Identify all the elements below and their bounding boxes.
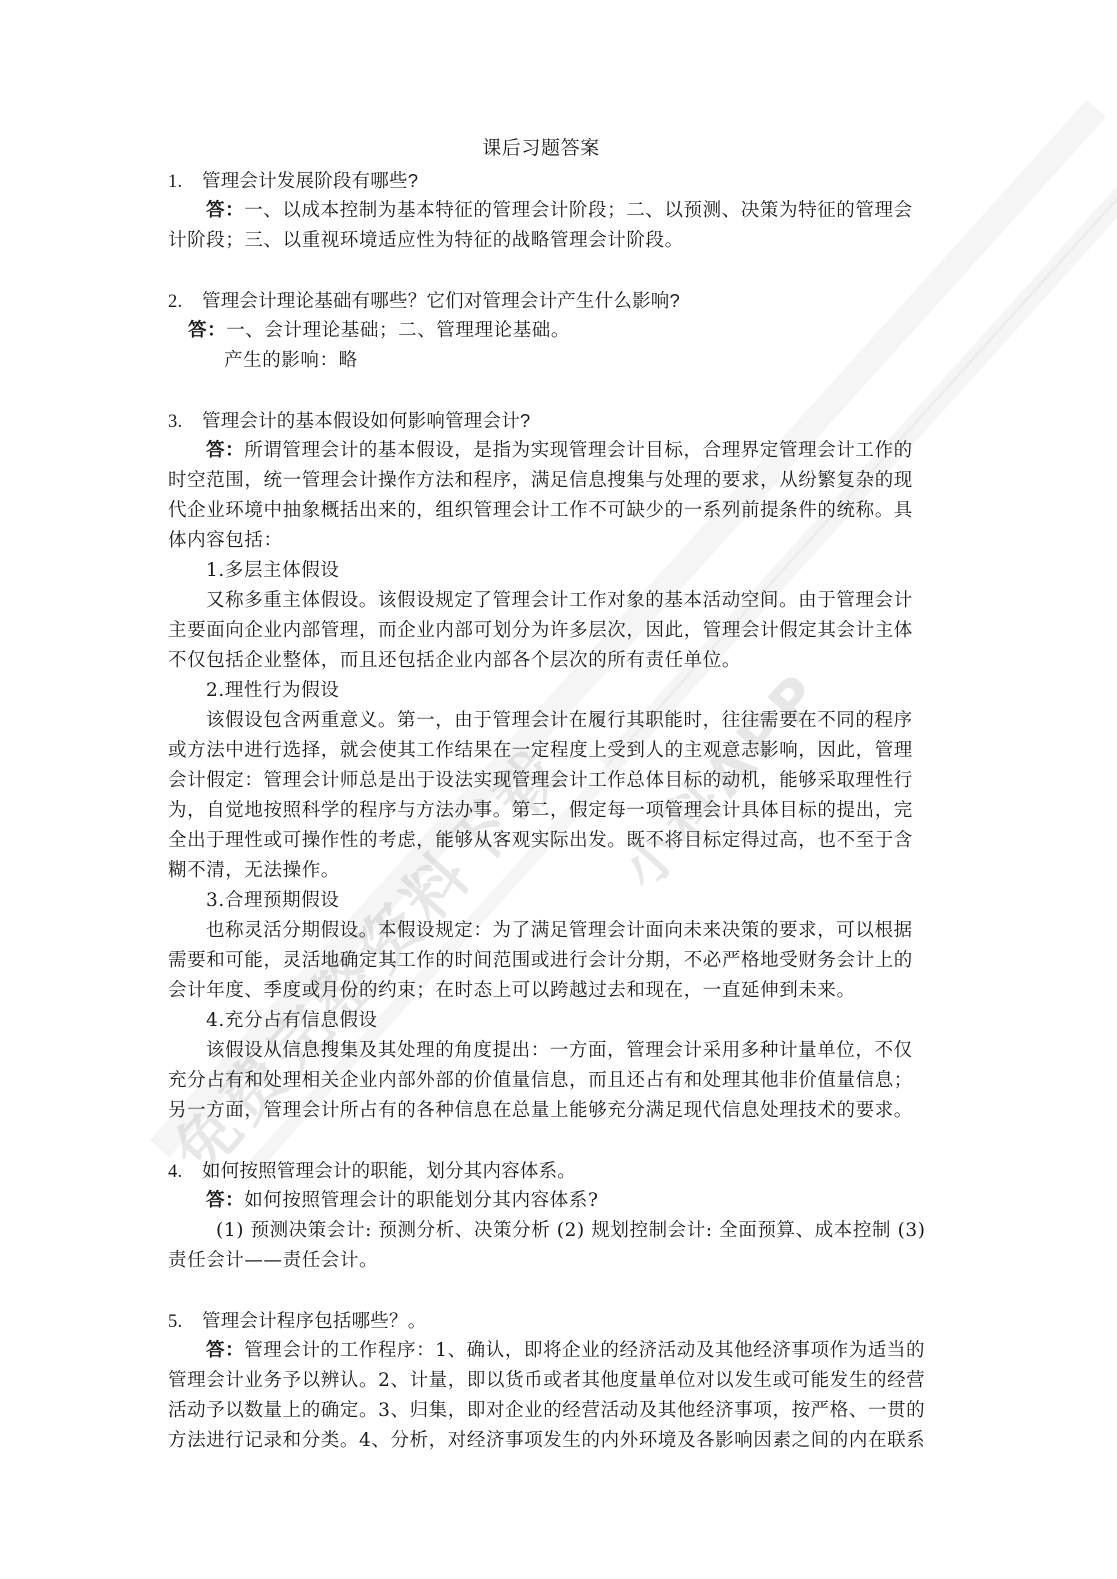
answer-4-line-1: 答：如何按照管理会计的职能划分其内容体系? bbox=[168, 1186, 934, 1216]
subsection-2-line: 为，自觉地按照科学的程序与方法办事。第二，假定每一项管理会计具体目标的提出，完 bbox=[168, 796, 934, 826]
answer-2-line-2: 产生的影响：略 bbox=[168, 346, 934, 376]
question-text: 管理会计程序包括哪些？。 bbox=[202, 1310, 426, 1331]
document-page: 免费完整资料下载 小科APP 课后习题答案 1.管理会计发展阶段有哪些? 答：一… bbox=[0, 0, 1117, 1579]
answer-3-line-4: 体内容包括： bbox=[168, 526, 934, 556]
answer-4-line-3: 责任会计——责任会计。 bbox=[168, 1246, 934, 1276]
answer-1-line-2: 计阶段；三、以重视环境适应性为特征的战略管理会计阶段。 bbox=[168, 226, 934, 256]
subsection-heading-1: 1.多层主体假设 bbox=[168, 556, 934, 586]
answer-1-line-1: 答：一、以成本控制为基本特征的管理会计阶段；二、以预测、决策为特征的管理会 bbox=[168, 196, 934, 226]
answer-3-line-3: 代企业环境中抽象概括出来的，组织管理会计工作不可缺少的一系列前提条件的统称。具 bbox=[168, 496, 934, 526]
subsection-1-line: 不仅包括企业整体，而且还包括企业内部各个层次的所有责任单位。 bbox=[168, 646, 934, 676]
question-text: 如何按照管理会计的职能，划分其内容体系。 bbox=[202, 1160, 576, 1181]
subsection-heading-4: 4.充分占有信息假设 bbox=[168, 1006, 934, 1036]
question-text: 管理会计的基本假设如何影响管理会计? bbox=[202, 410, 530, 431]
answer-label: 答： bbox=[206, 200, 244, 221]
answer-5-line-2: 管理会计业务予以辨认。2、计量，即以货币或者其他度量单位对以发生或可能发生的经营 bbox=[168, 1366, 934, 1396]
answer-label: 答： bbox=[188, 320, 226, 341]
page-title: 课后习题答案 bbox=[148, 130, 934, 166]
question-5: 5.管理会计程序包括哪些？。 bbox=[168, 1306, 934, 1336]
answer-5-line-1: 答：管理会计的工作程序：1、确认，即将企业的经济活动及其他经济事项作为适当的 bbox=[168, 1336, 934, 1366]
subsection-3-line: 会计年度、季度或月份的约束；在时态上可以跨越过去和现在，一直延伸到未来。 bbox=[168, 976, 934, 1006]
answer-2-line-1: 答：一、会计理论基础；二、管理理论基础。 bbox=[168, 316, 934, 346]
question-4: 4.如何按照管理会计的职能，划分其内容体系。 bbox=[168, 1156, 934, 1186]
subsection-3-line: 也称灵活分期假设。本假设规定：为了满足管理会计面向未来决策的要求，可以根据 bbox=[168, 916, 934, 946]
question-3: 3.管理会计的基本假设如何影响管理会计? bbox=[168, 406, 934, 436]
answer-5-line-4: 方法进行记录和分类。4、分析，对经济事项发生的内外环境及各影响因素之间的内在联系 bbox=[168, 1426, 934, 1456]
subsection-2-line: 糊不清，无法操作。 bbox=[168, 856, 934, 886]
subsection-heading-3: 3.合理预期假设 bbox=[168, 886, 934, 916]
answer-label: 答： bbox=[206, 1340, 244, 1361]
subsection-1-line: 主要面向企业内部管理，而企业内部可划分为许多层次，因此，管理会计假定其会计主体 bbox=[168, 616, 934, 646]
subsection-heading-2: 2.理性行为假设 bbox=[168, 676, 934, 706]
document-content: 课后习题答案 1.管理会计发展阶段有哪些? 答：一、以成本控制为基本特征的管理会… bbox=[168, 130, 934, 1456]
subsection-4-line: 充分占有和处理相关企业内部外部的价值量信息，而且还占有和处理其他非价值量信息； bbox=[168, 1066, 934, 1096]
answer-4-line-2: (1) 预测决策会计: 预测分析、决策分析 (2) 规划控制会计: 全面预算、成… bbox=[168, 1216, 934, 1246]
answer-3-line-2: 时空范围，统一管理会计操作方法和程序，满足信息搜集与处理的要求，从纷繁复杂的现 bbox=[168, 466, 934, 496]
answer-3-line-1: 答：所谓管理会计的基本假设，是指为实现管理会计目标，合理界定管理会计工作的 bbox=[168, 436, 934, 466]
answer-5-line-3: 活动予以数量上的确定。3、归集，即对企业的经营活动及其他经济事项，按严格、一贯的 bbox=[168, 1396, 934, 1426]
subsection-1-line: 又称多重主体假设。该假设规定了管理会计工作对象的基本活动空间。由于管理会计 bbox=[168, 586, 934, 616]
subsection-2-line: 全出于理性或可操作性的考虑，能够从客观实际出发。既不将目标定得过高，也不至于含 bbox=[168, 826, 934, 856]
question-1: 1.管理会计发展阶段有哪些? bbox=[168, 166, 934, 196]
answer-label: 答： bbox=[206, 1190, 244, 1211]
question-2: 2.管理会计理论基础有哪些？它们对管理会计产生什么影响? bbox=[168, 286, 934, 316]
subsection-2-line: 会计假定：管理会计师总是出于设法实现管理会计工作总体目标的动机，能够采取理性行 bbox=[168, 766, 934, 796]
subsection-2-line: 或方法中进行选择，就会使其工作结果在一定程度上受到人的主观意志影响，因此，管理 bbox=[168, 736, 934, 766]
answer-label: 答： bbox=[206, 440, 244, 461]
question-text: 管理会计发展阶段有哪些? bbox=[202, 170, 418, 191]
subsection-2-line: 该假设包含两重意义。第一，由于管理会计在履行其职能时，往往需要在不同的程序 bbox=[168, 706, 934, 736]
subsection-4-line: 另一方面，管理会计所占有的各种信息在总量上能够充分满足现代信息处理技术的要求。 bbox=[168, 1096, 934, 1126]
subsection-4-line: 该假设从信息搜集及其处理的角度提出：一方面，管理会计采用多种计量单位，不仅 bbox=[168, 1036, 934, 1066]
question-text: 管理会计理论基础有哪些？它们对管理会计产生什么影响? bbox=[202, 290, 680, 311]
subsection-3-line: 需要和可能，灵活地确定其工作的时间范围或进行会计分期，不必严格地受财务会计上的 bbox=[168, 946, 934, 976]
